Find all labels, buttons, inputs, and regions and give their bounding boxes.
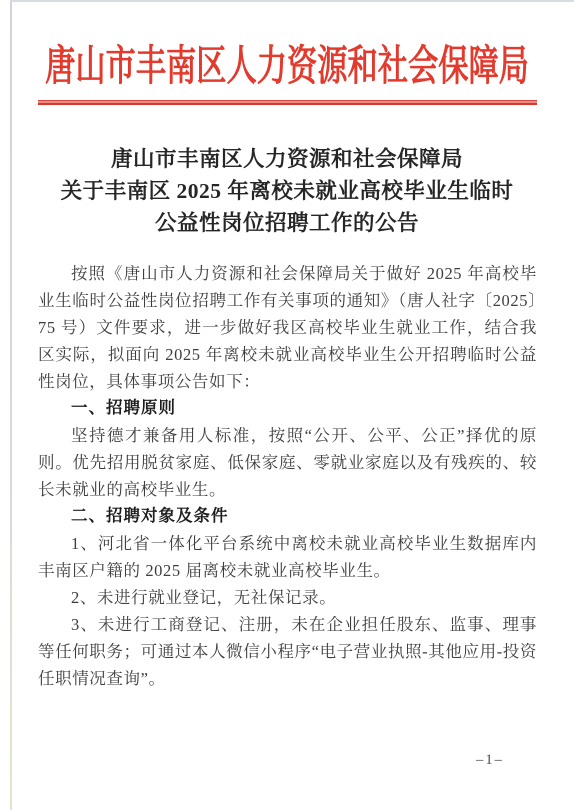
page-number: –1– bbox=[462, 752, 518, 769]
document-body: 按照《唐山市人力资源和社会保障局关于做好 2025 年高校毕业生临时公益性岗位招… bbox=[38, 260, 537, 692]
document-title-line-3: 公益性岗位招聘工作的公告 bbox=[0, 207, 574, 239]
letterhead-agency-name: 唐山市丰南区人力资源和社会保障局 bbox=[45, 46, 529, 88]
section-2-item-3: 3、未进行工商登记、注册，未在企业担任股东、监事、理事等任何职务；可通过本人微信… bbox=[38, 611, 537, 692]
section-2-item-2: 2、未进行就业登记，无社保记录。 bbox=[38, 584, 537, 611]
letterhead-divider bbox=[38, 100, 537, 105]
document-title-line-2: 关于丰南区 2025 年离校未就业高校毕业生临时 bbox=[0, 175, 574, 207]
page-left-edge bbox=[10, 2, 12, 810]
page-top-edge bbox=[10, 0, 574, 2]
document-page: 唐山市丰南区人力资源和社会保障局 唐山市丰南区人力资源和社会保障局 关于丰南区 … bbox=[0, 0, 574, 810]
document-title: 唐山市丰南区人力资源和社会保障局 关于丰南区 2025 年离校未就业高校毕业生临… bbox=[0, 143, 574, 239]
section-2-item-1: 1、河北省一体化平台系统中离校未就业高校毕业生数据库内丰南区户籍的 2025 届… bbox=[38, 530, 537, 584]
section-1-paragraph: 坚持德才兼备用人标准，按照“公开、公平、公正”择优的原则。优先招用脱贫家庭、低保… bbox=[38, 422, 537, 503]
section-1-heading: 一、招聘原则 bbox=[38, 395, 537, 422]
document-title-line-1: 唐山市丰南区人力资源和社会保障局 bbox=[0, 143, 574, 175]
section-2-heading: 二、招聘对象及条件 bbox=[38, 503, 537, 530]
intro-paragraph: 按照《唐山市人力资源和社会保障局关于做好 2025 年高校毕业生临时公益性岗位招… bbox=[38, 260, 537, 395]
letterhead: 唐山市丰南区人力资源和社会保障局 bbox=[0, 0, 574, 88]
